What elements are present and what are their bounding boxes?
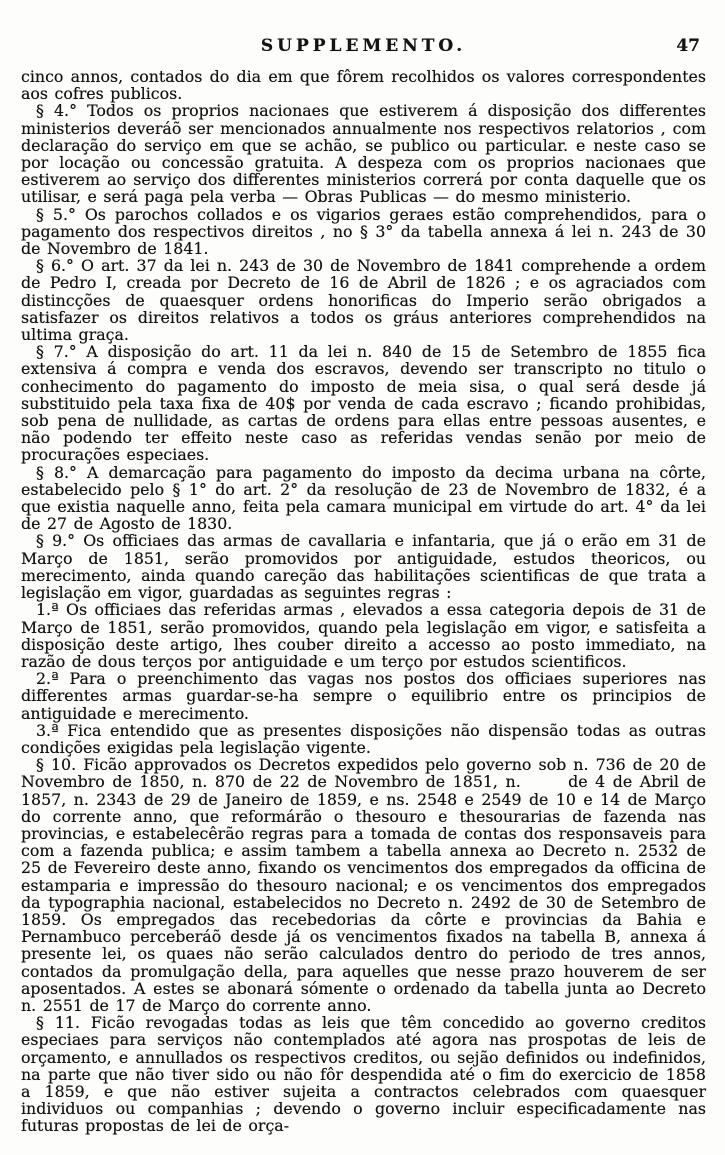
paragraph-rule-2: 2.ª Para o preenchimento das vagas nos p… [21, 670, 706, 722]
paragraph-rule-1: 1.ª Os officiaes das referidas armas , e… [21, 601, 706, 670]
page-title: SUPPLEMENTO. [21, 36, 706, 56]
paragraph-section-10: § 10. Ficão approvados os Decretos exped… [21, 756, 706, 1014]
paragraph-section-4: § 4.° Todos os proprios nacionaes que es… [21, 102, 706, 205]
paragraph-section-6: § 6.° O art. 37 da lei n. 243 de 30 de N… [21, 257, 706, 343]
paragraph-section-11: § 11. Ficão revogadas todas as leis que … [21, 1014, 706, 1134]
paragraph-section-8: § 8.° A demarcação para pagamento do imp… [21, 464, 706, 533]
paragraph-continuation: cinco annos, contados do dia em que fôre… [21, 68, 706, 102]
paragraph-section-9: § 9.° Os officiaes das armas de cavallar… [21, 532, 706, 601]
page-header: SUPPLEMENTO. 47 [21, 36, 706, 60]
page-number: 47 [676, 36, 700, 56]
document-page: SUPPLEMENTO. 47 cinco annos, contados do… [0, 0, 725, 1155]
paragraph-section-7: § 7.° A disposição do art. 11 da lei n. … [21, 343, 706, 463]
paragraph-rule-3: 3.ª Fica entendido que as presentes disp… [21, 722, 706, 756]
text-column: cinco annos, contados do dia em que fôre… [21, 68, 706, 1135]
paragraph-section-5: § 5.° Os parochos collados e os vigarios… [21, 206, 706, 258]
